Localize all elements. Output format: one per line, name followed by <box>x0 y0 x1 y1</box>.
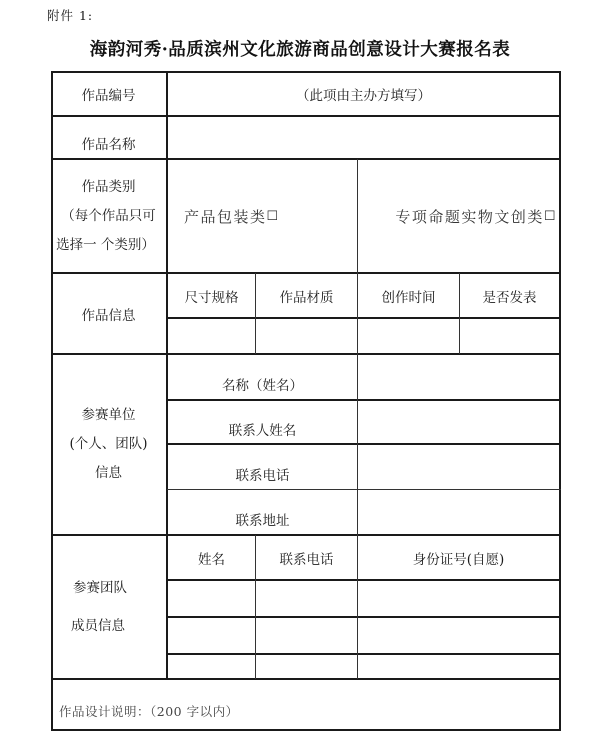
contact-phone-input[interactable] <box>358 445 559 489</box>
category-option-packaging[interactable]: 产品包装类☐ <box>168 160 357 272</box>
team-member-id-input[interactable] <box>358 618 559 653</box>
team-member-phone-input[interactable] <box>256 655 357 678</box>
team-label-line2: 成员信息 <box>71 607 125 645</box>
border-bottom <box>51 729 561 731</box>
category-option-themed[interactable]: 专项命题实物文创类☐ <box>359 160 559 272</box>
contact-name-label: 联系人姓名 <box>168 401 357 443</box>
team-member-name-input[interactable] <box>168 655 255 678</box>
work-name-label: 作品名称 <box>51 117 166 158</box>
team-column-name: 姓名 <box>168 536 255 579</box>
entrant-label-block: 参赛单位 (个人、团队) 信息 <box>51 355 166 534</box>
published-input[interactable] <box>460 319 559 353</box>
category-option-label: 产品包装类 <box>184 206 267 227</box>
team-member-phone-input[interactable] <box>256 618 357 653</box>
team-member-id-input[interactable] <box>358 581 559 616</box>
form-title: 海韵河秀·品质滨州文化旅游商品创意设计大赛报名表 <box>0 36 600 61</box>
team-column-phone: 联系电话 <box>256 536 357 579</box>
entrant-label-line1: 参赛单位 <box>82 401 136 430</box>
category-option-label: 专项命题实物文创类 <box>395 206 544 227</box>
contact-phone-label: 联系电话 <box>168 445 357 489</box>
description-label: 作品设计说明：（200 字以内） <box>59 702 239 720</box>
team-member-name-input[interactable] <box>168 618 255 653</box>
team-label-block: 参赛团队 成员信息 <box>51 536 166 678</box>
contact-address-label: 联系地址 <box>168 490 357 534</box>
contact-name-input[interactable] <box>358 401 559 443</box>
category-hint-line1: （每个作品只可 <box>61 202 156 231</box>
entrant-name-input[interactable] <box>358 355 559 399</box>
contact-address-input[interactable] <box>358 490 559 534</box>
column-header-size: 尺寸规格 <box>168 274 255 317</box>
team-member-name-input[interactable] <box>168 581 255 616</box>
team-member-phone-input[interactable] <box>256 581 357 616</box>
category-label: 作品类别 <box>82 173 136 202</box>
work-number-label: 作品编号 <box>51 73 166 115</box>
column-header-material: 作品材质 <box>256 274 357 317</box>
size-input[interactable] <box>168 319 255 353</box>
registration-form: 作品编号 （此项由主办方填写） 作品名称 作品类别 （每个作品只可 选择一 个类… <box>51 71 561 731</box>
material-input[interactable] <box>256 319 357 353</box>
column-header-published: 是否发表 <box>460 274 559 317</box>
attachment-label: 附件 1: <box>47 6 93 24</box>
checkbox-icon[interactable]: ☐ <box>544 209 557 224</box>
category-label-block: 作品类别 （每个作品只可 选择一 个类别） <box>51 160 166 272</box>
work-info-label: 作品信息 <box>51 274 166 353</box>
team-label-line1: 参赛团队 <box>73 569 127 607</box>
border-right <box>559 71 561 731</box>
team-member-id-input[interactable] <box>358 655 559 678</box>
divider <box>357 159 358 273</box>
work-name-input[interactable] <box>168 117 559 158</box>
work-number-note: （此项由主办方填写） <box>168 73 559 115</box>
checkbox-icon[interactable]: ☐ <box>267 209 280 224</box>
team-column-id: 身份证号(自愿) <box>358 536 559 579</box>
description-field[interactable]: 作品设计说明：（200 字以内） <box>53 680 559 729</box>
entrant-label-line2: (个人、团队) <box>69 430 147 459</box>
entrant-name-label: 名称（姓名） <box>168 355 357 399</box>
entrant-label-line3: 信息 <box>95 459 122 488</box>
column-header-created: 创作时间 <box>358 274 459 317</box>
category-hint-line2: 选择一 个类别） <box>56 231 155 260</box>
created-time-input[interactable] <box>358 319 459 353</box>
